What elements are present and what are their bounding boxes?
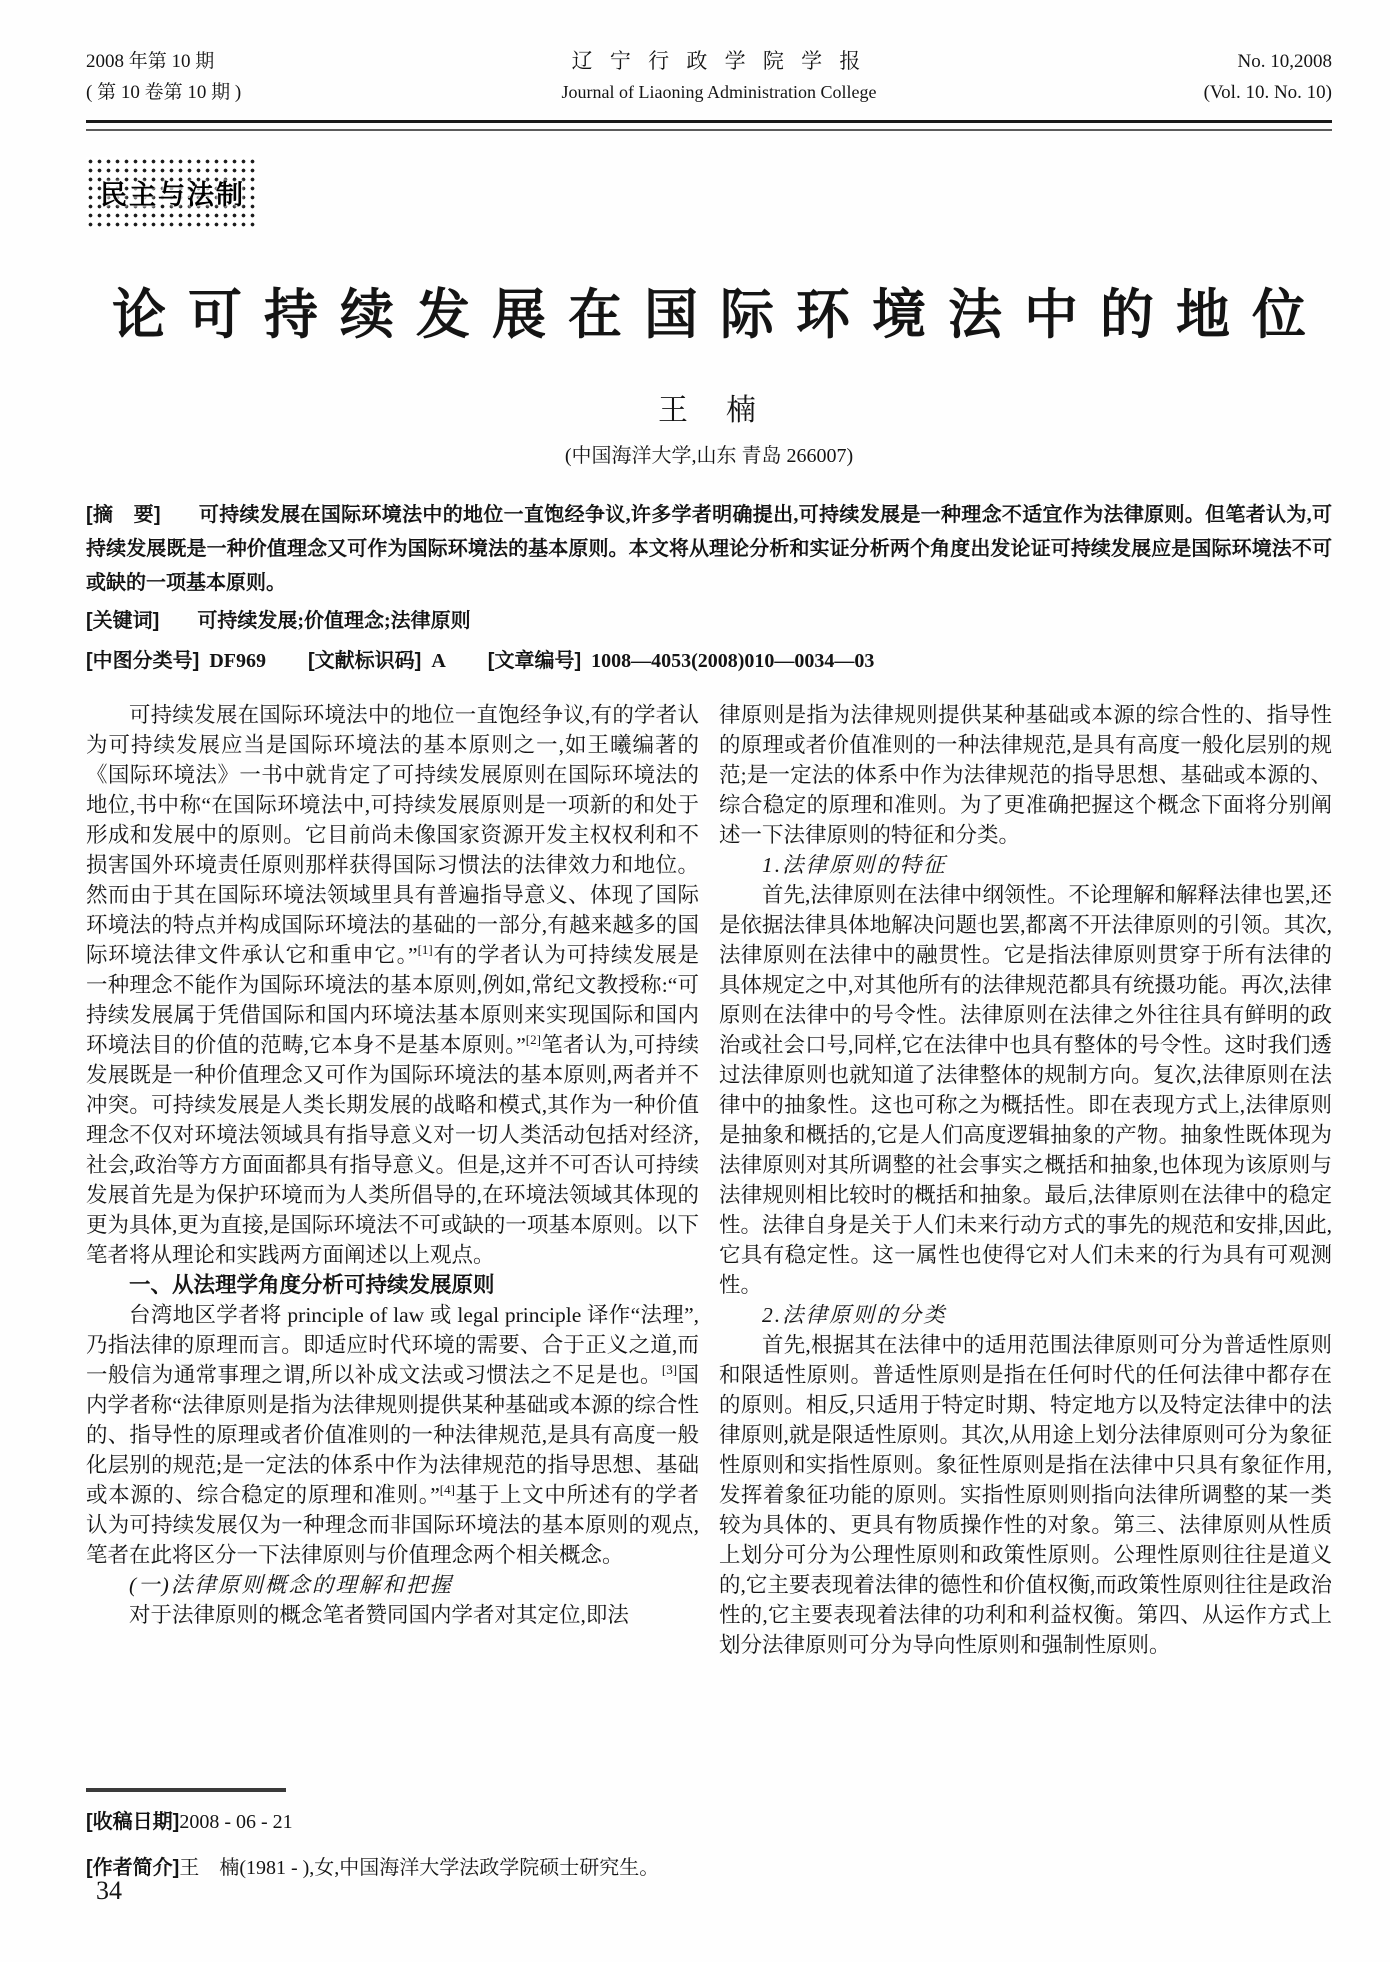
right-column: 律原则是指为法律规则提供某种基础或本源的综合性的、指导性的原理或者价值准则的一种… — [719, 700, 1332, 1660]
left-column: 可持续发展在国际环境法中的地位一直饱经争议,有的学者认为可持续发展应当是国际环境… — [86, 700, 699, 1660]
body-paragraph: 首先,根据其在法律中的适用范围法律原则可分为普适性原则和限适性原则。普适性原则是… — [719, 1330, 1332, 1660]
body-paragraph: 首先,法律原则在法律中纲领性。不论理解和解释法律也罢,还是依据法律具体地解决问题… — [719, 880, 1332, 1300]
footer-divider — [86, 1788, 286, 1792]
keywords-row: [关键词]可持续发展;价值理念;法律原则 — [86, 604, 1332, 638]
page-footer: [收稿日期]2008 - 06 - 21 [作者简介]王 楠(1981 - ),… — [86, 1788, 1332, 1884]
received-date-label: [收稿日期] — [86, 1811, 179, 1833]
journal-header: 2008 年第 10 期 ( 第 10 卷第 10 期 ) 辽 宁 行 政 学 … — [86, 46, 1332, 108]
journal-page: 2008 年第 10 期 ( 第 10 卷第 10 期 ) 辽 宁 行 政 学 … — [0, 0, 1390, 1962]
body-columns: 可持续发展在国际环境法中的地位一直饱经争议,有的学者认为可持续发展应当是国际环境… — [86, 700, 1332, 1660]
issue-cn: 2008 年第 10 期 — [86, 46, 306, 77]
doc-code-value: A — [431, 650, 445, 672]
volume-cn: ( 第 10 卷第 10 期 ) — [86, 77, 306, 108]
section-heading: (一)法律原则概念的理解和把握 — [86, 1570, 699, 1600]
clc-value: DF969 — [209, 650, 266, 672]
article-title: 论可持续发展在国际环境法中的地位 — [86, 272, 1332, 349]
article-meta: [摘 要]可持续发展在国际环境法中的地位一直饱经争议,许多学者明确提出,可持续发… — [86, 498, 1332, 678]
author-bio-value: 王 楠(1981 - ),女,中国海洋大学法政学院硕士研究生。 — [179, 1857, 659, 1879]
classification-row: [中图分类号]DF969[文献标识码]A[文章编号]1008—4053(2008… — [86, 644, 1332, 678]
article-id-value: 1008—4053(2008)010—0034—03 — [591, 650, 874, 672]
abstract-label: [摘 要] — [86, 504, 161, 526]
body-paragraph: 律原则是指为法律规则提供某种基础或本源的综合性的、指导性的原理或者价值准则的一种… — [719, 700, 1332, 850]
volume-en: (Vol. 10. No. 10) — [1132, 77, 1332, 108]
keywords-text: 可持续发展;价值理念;法律原则 — [197, 610, 470, 632]
section-label: 民主与法制 — [86, 157, 259, 228]
received-date-value: 2008 - 06 - 21 — [179, 1811, 292, 1833]
header-divider — [86, 120, 1332, 131]
body-paragraph: 对于法律原则的概念笔者赞同国内学者对其定位,即法 — [86, 1600, 699, 1630]
body-paragraph: 台湾地区学者将 principle of law 或 legal princip… — [86, 1300, 699, 1570]
header-issue-info-en: No. 10,2008 (Vol. 10. No. 10) — [1132, 46, 1332, 108]
clc-label: [中图分类号] — [86, 650, 199, 672]
author-name: 王 楠 — [86, 385, 1332, 429]
article-id-label: [文章编号] — [488, 650, 581, 672]
doc-code-label: [文献标识码] — [308, 650, 421, 672]
header-issue-info: 2008 年第 10 期 ( 第 10 卷第 10 期 ) — [86, 46, 306, 108]
page-number: 34 — [96, 1876, 122, 1906]
received-date-row: [收稿日期]2008 - 06 - 21 — [86, 1806, 1332, 1838]
keywords-label: [关键词] — [86, 610, 159, 632]
body-paragraph: 可持续发展在国际环境法中的地位一直饱经争议,有的学者认为可持续发展应当是国际环境… — [86, 700, 699, 1270]
issue-en: No. 10,2008 — [1132, 46, 1332, 77]
section-heading: 2.法律原则的分类 — [719, 1300, 1332, 1330]
author-affiliation: (中国海洋大学,山东 青岛 266007) — [86, 439, 1332, 468]
section-heading: 1.法律原则的特征 — [719, 850, 1332, 880]
journal-name-cn: 辽 宁 行 政 学 院 学 报 — [306, 46, 1132, 77]
journal-name-en: Journal of Liaoning Administration Colle… — [306, 77, 1132, 108]
header-journal-name: 辽 宁 行 政 学 院 学 报 Journal of Liaoning Admi… — [306, 46, 1132, 108]
abstract-row: [摘 要]可持续发展在国际环境法中的地位一直饱经争议,许多学者明确提出,可持续发… — [86, 498, 1332, 600]
abstract-text: 可持续发展在国际环境法中的地位一直饱经争议,许多学者明确提出,可持续发展是一种理… — [86, 504, 1332, 594]
section-heading: 一、从法理学角度分析可持续发展原则 — [86, 1270, 699, 1300]
author-bio-row: [作者简介]王 楠(1981 - ),女,中国海洋大学法政学院硕士研究生。 — [86, 1852, 1332, 1884]
